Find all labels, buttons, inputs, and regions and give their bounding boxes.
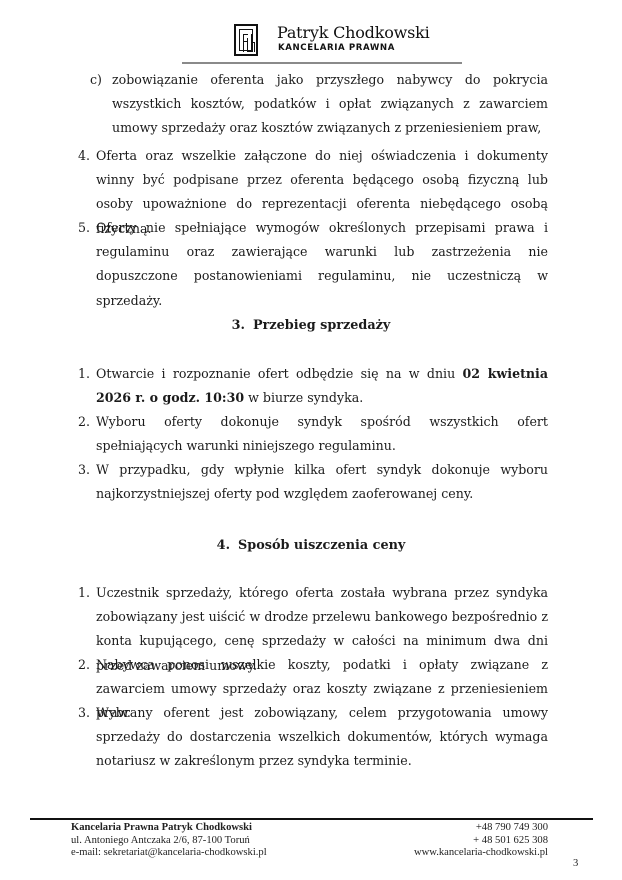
section-heading-3: 3.Przebieg sprzedaży — [0, 318, 622, 333]
section-title: Przebieg sprzedaży — [253, 318, 390, 333]
pch-monogram-logo-icon — [234, 24, 258, 56]
list-item-text: Oferty nie spełniające wymogów określony… — [96, 216, 548, 313]
list-marker: 1. — [78, 585, 90, 600]
footer-phone-2: + 48 501 625 308 — [414, 835, 548, 848]
list-item-text: Wyboru oferty dokonuje syndyk spośród ws… — [96, 410, 548, 458]
footer-email[interactable]: e-mail: sekretariat@kancelaria-chodkowsk… — [71, 847, 267, 860]
list-item-text: Wybrany oferent jest zobowiązany, celem … — [96, 701, 548, 774]
section-title: Sposób uiszczenia ceny — [238, 538, 405, 553]
section-number: 4. — [217, 538, 230, 553]
list-marker: c) — [90, 72, 102, 87]
brand-subtitle: KANCELARIA PRAWNA — [278, 43, 395, 53]
list-marker: 2. — [78, 414, 90, 429]
list-marker: 5. — [78, 220, 90, 235]
footer-website[interactable]: www.kancelaria-chodkowski.pl — [414, 847, 548, 860]
footer-contact-right: +48 790 749 300 + 48 501 625 308 www.kan… — [414, 822, 548, 860]
footer-address: ul. Antoniego Antczaka 2/6, 87-100 Toruń — [71, 835, 267, 848]
list-item-text: Otwarcie i rozpoznanie ofert odbędzie si… — [96, 362, 548, 410]
footer-contact-left: Kancelaria Prawna Patryk Chodkowski ul. … — [71, 822, 267, 860]
letterhead: Patryk Chodkowski KANCELARIA PRAWNA — [0, 22, 622, 62]
footer-firm-name: Kancelaria Prawna Patryk Chodkowski — [71, 822, 267, 835]
footer-divider — [30, 818, 593, 820]
page-number: 3 — [573, 858, 578, 869]
list-item-text: zobowiązanie oferenta jako przyszłego na… — [112, 68, 548, 141]
section-heading-4: 4.Sposób uiszczenia ceny — [0, 538, 622, 553]
footer-phone-1: +48 790 749 300 — [414, 822, 548, 835]
section-number: 3. — [232, 318, 245, 333]
list-marker: 1. — [78, 366, 90, 381]
list-marker: 2. — [78, 657, 90, 672]
list-item-text: W przypadku, gdy wpłynie kilka ofert syn… — [96, 458, 548, 506]
header-divider — [182, 62, 462, 64]
document-page: Patryk Chodkowski KANCELARIA PRAWNA c) z… — [0, 0, 622, 880]
list-marker: 3. — [78, 705, 90, 720]
list-marker: 3. — [78, 462, 90, 477]
brand-name: Patryk Chodkowski — [277, 24, 430, 42]
list-marker: 4. — [78, 148, 90, 163]
